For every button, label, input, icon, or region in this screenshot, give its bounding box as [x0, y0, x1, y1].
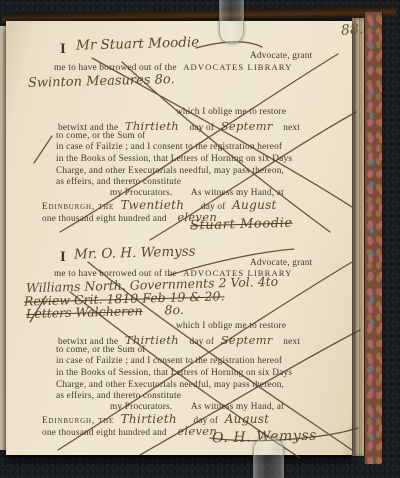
oblige-line: which I oblige me to restore: [176, 107, 286, 117]
procurators-line: my Procurators. As witness my Hand, at: [110, 402, 284, 412]
borrower-signature: Stuart Moodie: [190, 216, 293, 234]
session-line: in the Books of Session, that Letters of…: [56, 368, 292, 378]
signed-month: August: [232, 198, 277, 212]
effeirs-line: as effeirs, and thereto constitute: [56, 391, 181, 401]
charge-line: Charge, and other Executorials needful, …: [56, 166, 284, 176]
library-name: ADVOCATES LIBRARY: [183, 62, 292, 72]
form-initial: I: [60, 41, 66, 58]
borrower-name: Mr Stuart Moodie: [76, 34, 200, 53]
year-line: one thousand eight hundred and eleven: [42, 424, 217, 438]
advocate-grant-text: Advocate, grant: [250, 51, 312, 61]
folio-number: 88.: [340, 21, 363, 39]
borrower-name: Mr. O. H. Wemyss: [74, 243, 196, 262]
book-title-struck: Letters Walcheren 8o.: [26, 302, 184, 321]
marbled-board-edge: [364, 12, 383, 464]
failzie-line: in case of Failzie ; and I consent to th…: [56, 142, 282, 152]
oblige-line: which I oblige me to restore: [176, 321, 286, 331]
failzie-line: in case of Failzie ; and I consent to th…: [56, 356, 282, 366]
charge-line: Charge, and other Executorials needful, …: [56, 380, 284, 390]
due-month: Septemr: [221, 333, 273, 347]
ledger-page: I Mr Stuart Moodie Advocate, grant me to…: [6, 21, 352, 455]
book-title: Swinton Measures 8o.: [28, 72, 175, 91]
advocate-grant-text: Advocate, grant: [250, 258, 312, 268]
due-month: Septemr: [221, 119, 273, 133]
retaining-strap-bottom: [253, 437, 284, 478]
book-format: 8o.: [164, 302, 184, 317]
session-line: in the Books of Session, that Letters of…: [56, 154, 292, 164]
signed-month: August: [225, 412, 270, 426]
procurators-line: my Procurators. As witness my Hand, at: [110, 188, 284, 198]
sum-line: to come, or the Sum of: [56, 345, 146, 355]
sum-line: to come, or the Sum of: [56, 131, 146, 141]
retaining-strap-top: [219, 0, 244, 44]
effeirs-line: as effeirs, and thereto constitute: [56, 177, 181, 187]
form-initial: I: [60, 249, 66, 266]
photo-of-ledger: I Mr Stuart Moodie Advocate, grant me to…: [0, 0, 400, 478]
